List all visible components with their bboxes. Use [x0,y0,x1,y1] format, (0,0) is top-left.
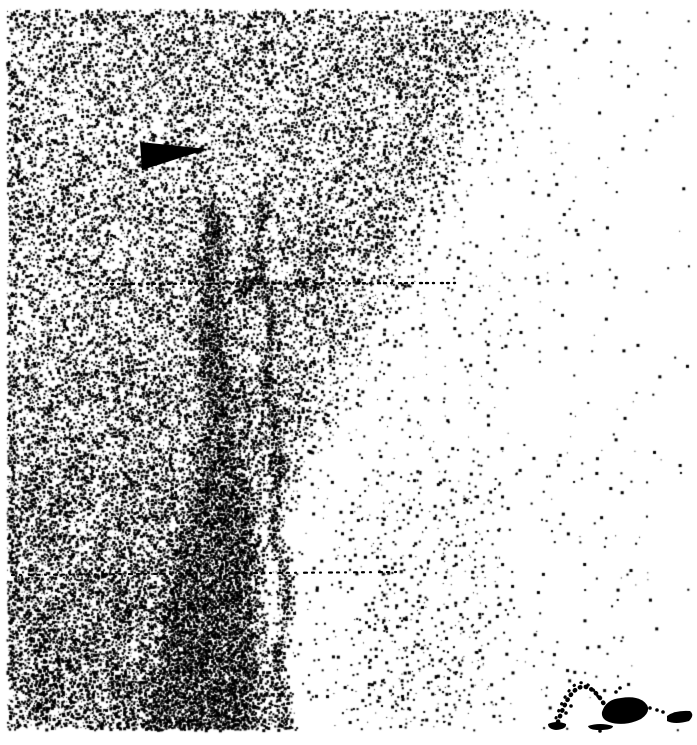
catheter-loop-dot [623,698,627,702]
annotation-overlay [0,0,697,745]
catheter-loop-dot [655,708,659,712]
catheter-loop-base-left [548,722,566,730]
catheter-loop-dot [618,686,622,690]
catheter-loop-dot [634,704,638,708]
catheter-loop-dot [598,729,602,733]
catheter-loop-underdash [588,724,613,730]
arrowhead-marker [140,142,208,170]
radiograph-figure [0,0,697,745]
catheter-loop-dot [661,710,665,714]
dotted-pointer-line-upper [90,283,456,284]
catheter-loop-dot [614,690,618,694]
catheter-loop-arch [558,687,604,722]
catheter-loop-dot [648,706,652,710]
catheter-loop [548,683,692,733]
catheter-loop-dot [569,704,573,708]
catheter-loop-dot [564,711,568,715]
diagonal-streak [431,16,500,114]
dotted-pointer-line-lower [12,572,396,575]
catheter-loop-dash-right [667,711,692,723]
